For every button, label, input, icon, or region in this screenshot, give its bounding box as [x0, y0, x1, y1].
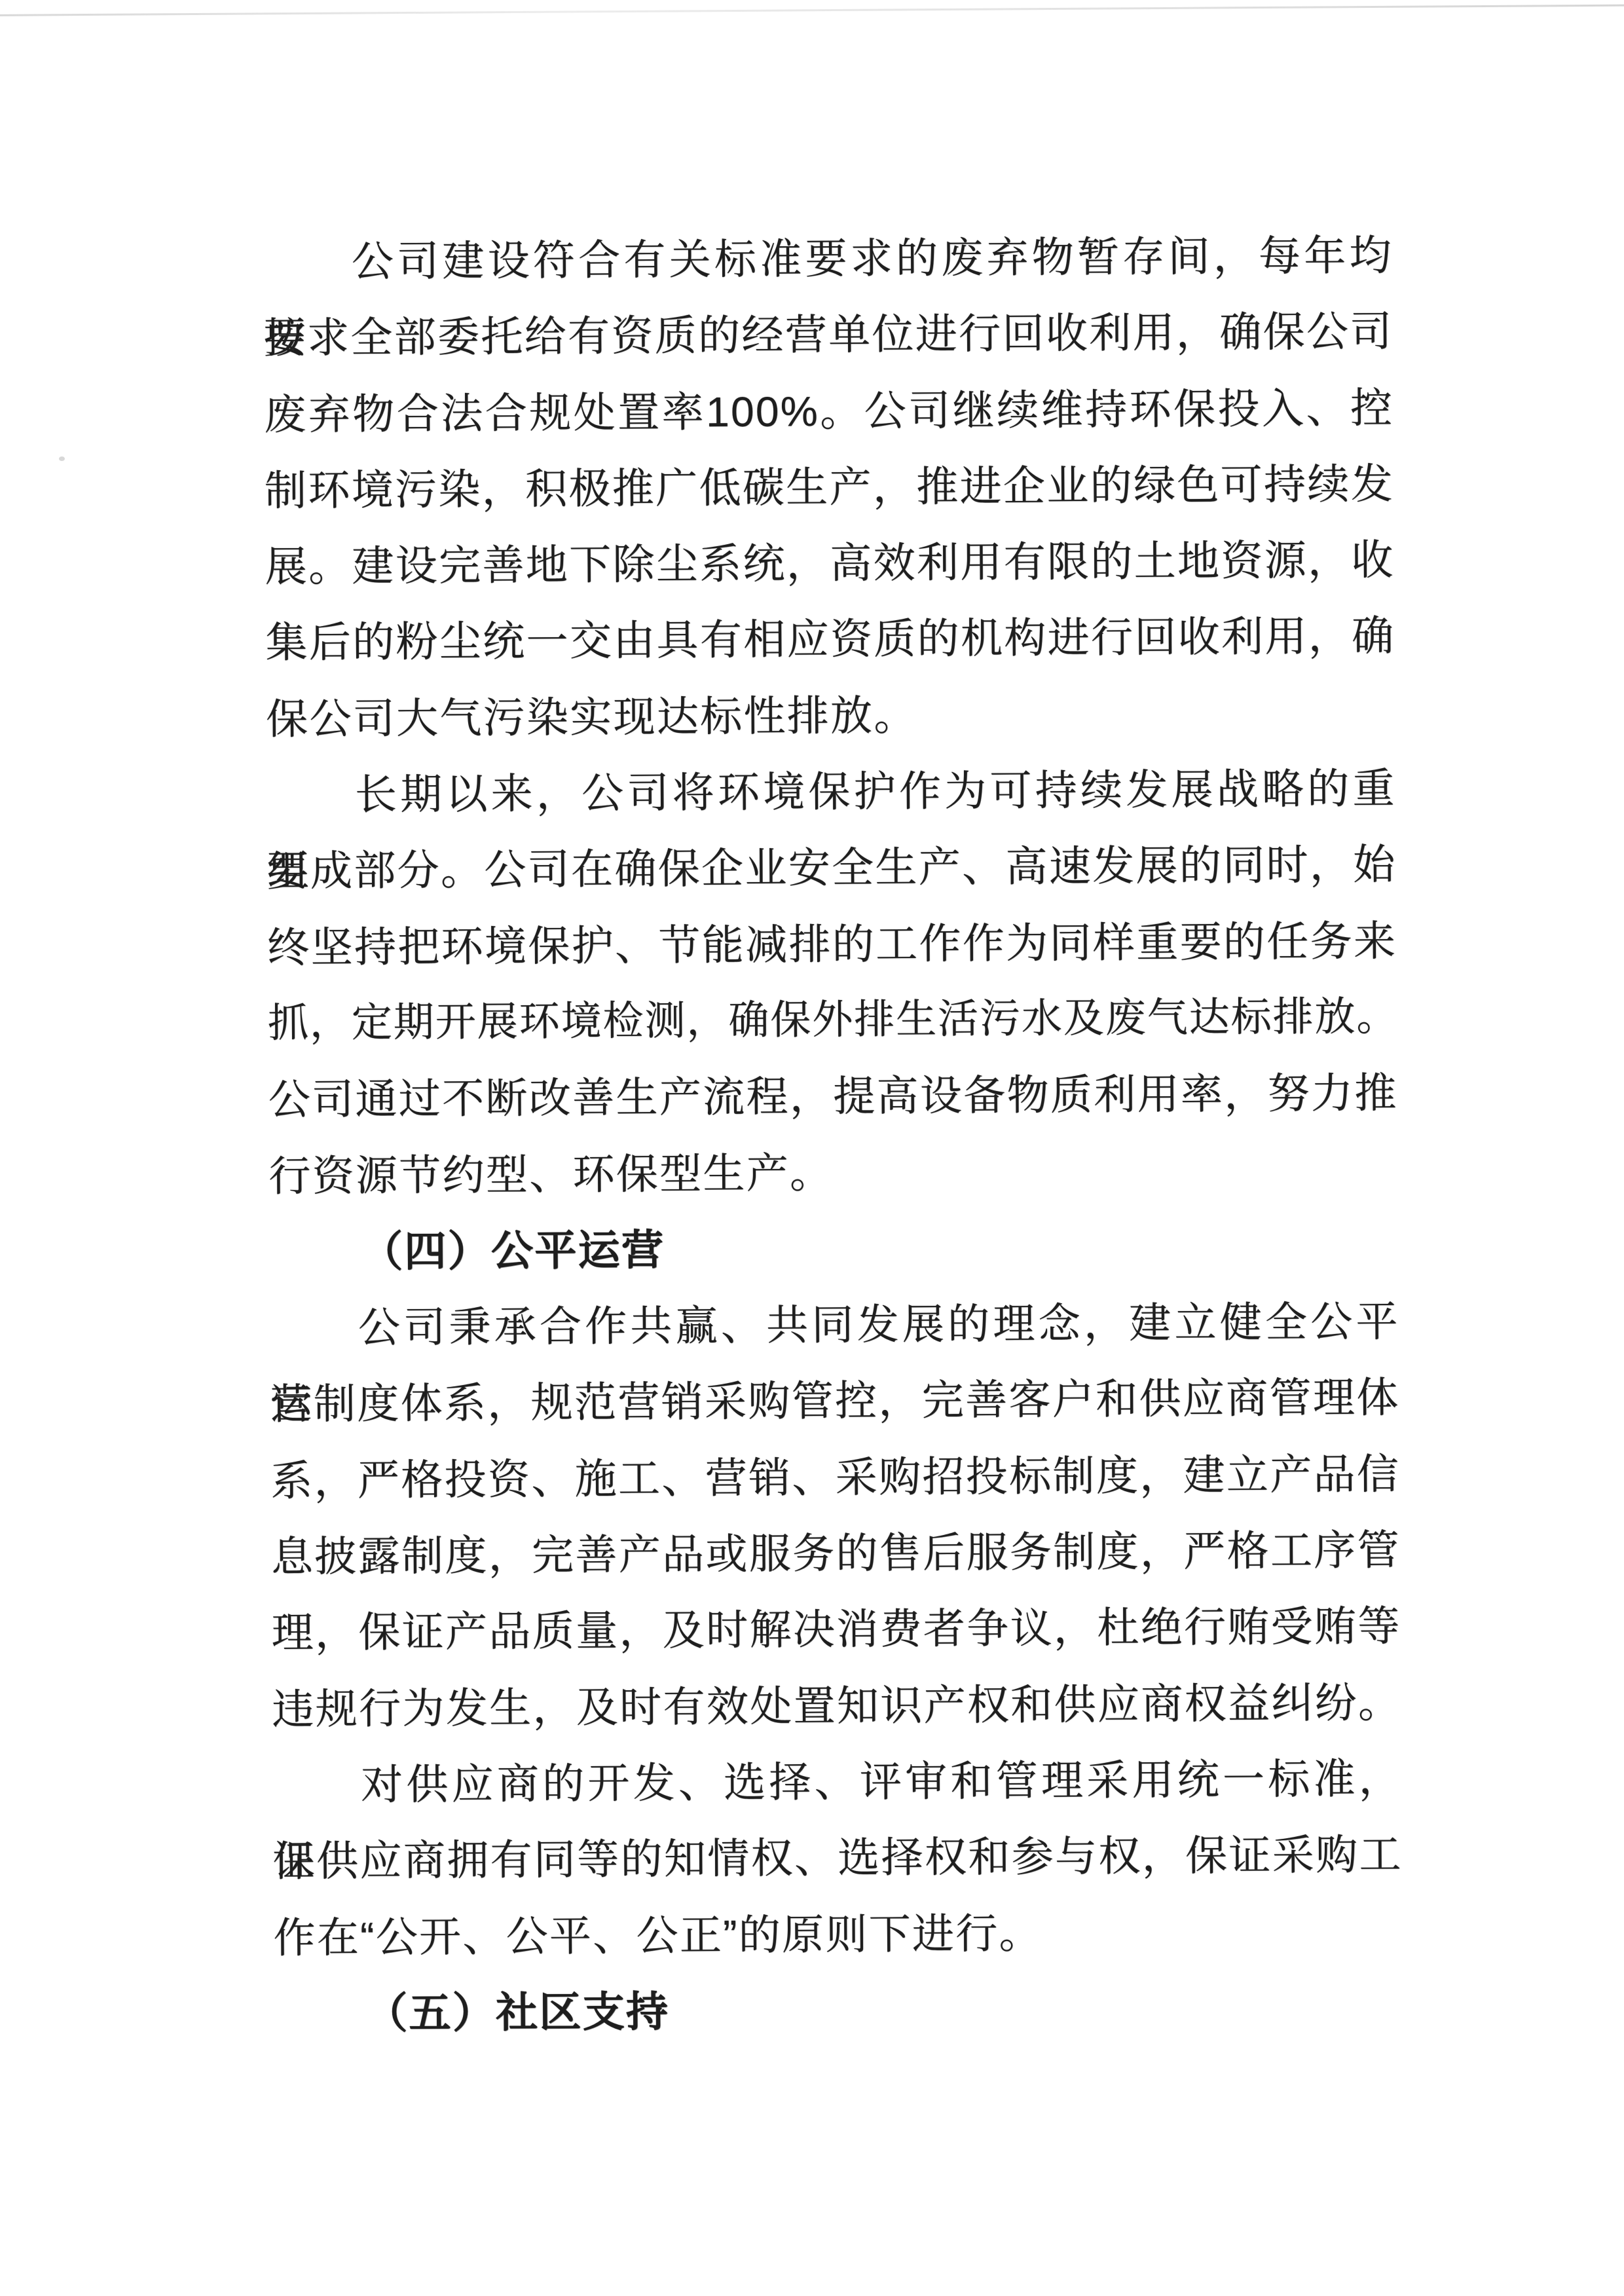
body-line: 展。建设完善地下除尘系统，高效利用有限的土地资源，收: [265, 522, 1395, 605]
body-line: 理，保证产品质量，及时解决消费者争议，杜绝行贿受贿等: [271, 1588, 1401, 1671]
body-line: 营制度体系，规范营销采购管控，完善客户和供应商管理体: [270, 1360, 1400, 1443]
body-line: 要求全部委托给有资质的经营单位进行回收利用，确保公司: [263, 293, 1393, 377]
body-line: 终坚持把环境保护、节能减排的工作作为同样重要的任务来: [267, 902, 1397, 986]
body-line: 保公司大气污染实现达标性排放。: [266, 675, 1396, 758]
body-line: 公司通过不断改善生产流程，提高设备物质利用率，努力推: [268, 1055, 1398, 1138]
scan-artifact-speck: [59, 456, 65, 461]
section-heading-community-support: （五）社区支持: [274, 1969, 1404, 2052]
document-page: 公司建设符合有关标准要求的废弃物暂存间，每年均按 要求全部委托给有资质的经营单位…: [0, 0, 1624, 2296]
body-line: 公司秉承合作共赢、共同发展的理念，建立健全公平运: [269, 1284, 1399, 1367]
body-line: 证供应商拥有同等的知情权、选择权和参与权，保证采购工: [272, 1817, 1403, 1900]
body-line: 作在“公开、公平、公正”的原则下进行。: [273, 1893, 1403, 1976]
body-line: 长期以来，公司将环境保护作为可持续发展战略的重要: [266, 750, 1396, 834]
body-line: 息披露制度，完善产品或服务的售后服务制度，严格工序管: [271, 1512, 1401, 1595]
body-line: 废弃物合法合规处置率100%。公司继续维持环保投入、控: [264, 369, 1394, 453]
section-heading-fair-operation: （四）公平运营: [269, 1208, 1399, 1291]
body-line: 制环境污染，积极推广低碳生产，推进企业的绿色可持续发: [265, 446, 1395, 529]
body-line: 集后的粉尘统一交由具有相应资质的机构进行回收利用，确: [265, 598, 1395, 681]
body-line: 组成部分。公司在确保企业安全生产、高速发展的同时，始: [267, 826, 1397, 910]
body-line: 公司建设符合有关标准要求的废弃物暂存间，每年均按: [263, 217, 1393, 301]
body-line: 抓，定期开展环境检测，确保外排生活污水及废气达标排放。: [268, 979, 1398, 1062]
body-line: 违规行为发生，及时有效处置知识产权和供应商权益纠纷。: [272, 1664, 1402, 1747]
body-line: 系，严格投资、施工、营销、采购招投标制度，建立产品信: [270, 1435, 1401, 1519]
document-text-block: 公司建设符合有关标准要求的废弃物暂存间，每年均按 要求全部委托给有资质的经营单位…: [263, 217, 1404, 2052]
scan-artifact-line: [0, 4, 1624, 16]
body-line: 对供应商的开发、选择、评审和管理采用统一标准，保: [272, 1741, 1403, 1824]
body-line: 行资源节约型、环保型生产。: [268, 1131, 1399, 1214]
